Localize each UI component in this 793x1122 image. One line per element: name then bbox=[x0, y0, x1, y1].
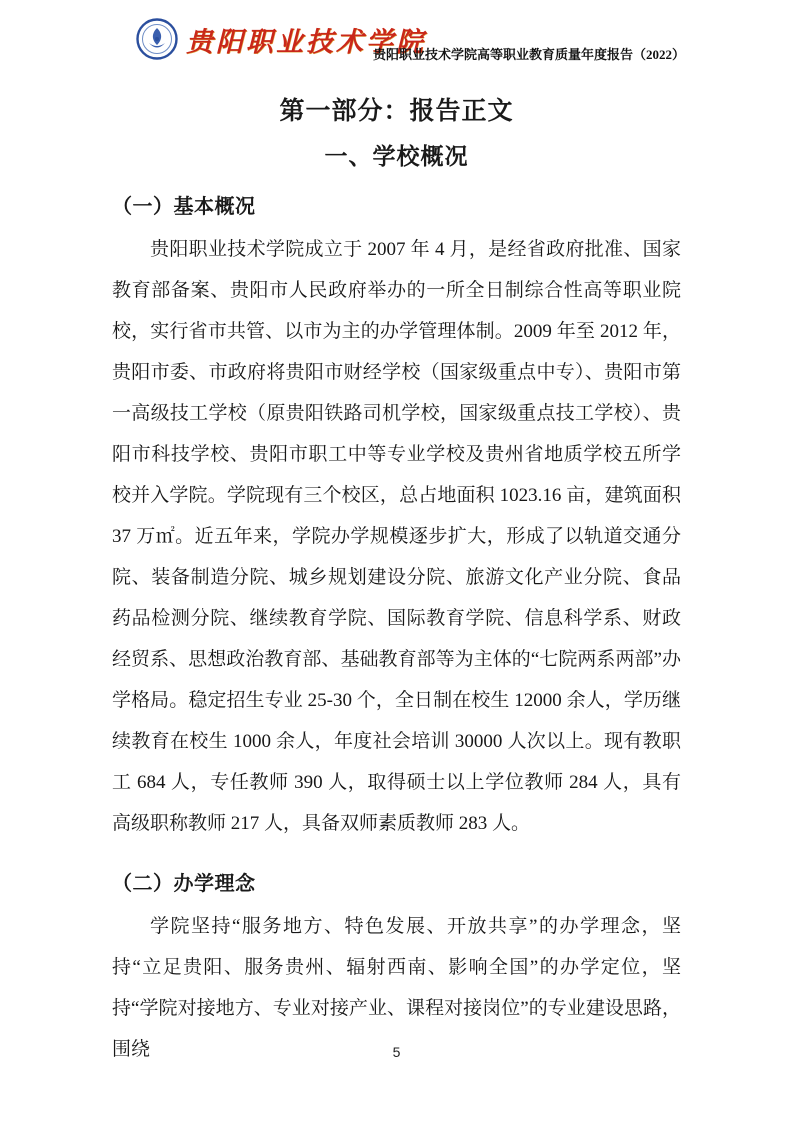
page-footer: 5 bbox=[0, 1044, 793, 1060]
section-heading-philosophy: （二）办学理念 bbox=[112, 870, 681, 898]
school-seal-icon bbox=[136, 18, 178, 60]
document-page: 贵阳职业技术学院 贵阳职业技术学院高等职业教育质量年度报告（2022） 第一部分… bbox=[0, 0, 793, 1122]
page-number: 5 bbox=[393, 1044, 401, 1060]
running-head-title: 贵阳职业技术学院高等职业教育质量年度报告（2022） bbox=[373, 44, 685, 63]
chapter-title: 一、学校概况 bbox=[0, 142, 793, 172]
page-header: 贵阳职业技术学院 贵阳职业技术学院高等职业教育质量年度报告（2022） bbox=[0, 0, 793, 78]
paragraph-basic-overview: 贵阳职业技术学院成立于 2007 年 4 月，是经省政府批准、国家教育部备案、贵… bbox=[112, 229, 681, 844]
document-body: （一）基本概况 贵阳职业技术学院成立于 2007 年 4 月，是经省政府批准、国… bbox=[112, 193, 681, 1070]
section-heading-basic-overview: （一）基本概况 bbox=[112, 193, 681, 221]
